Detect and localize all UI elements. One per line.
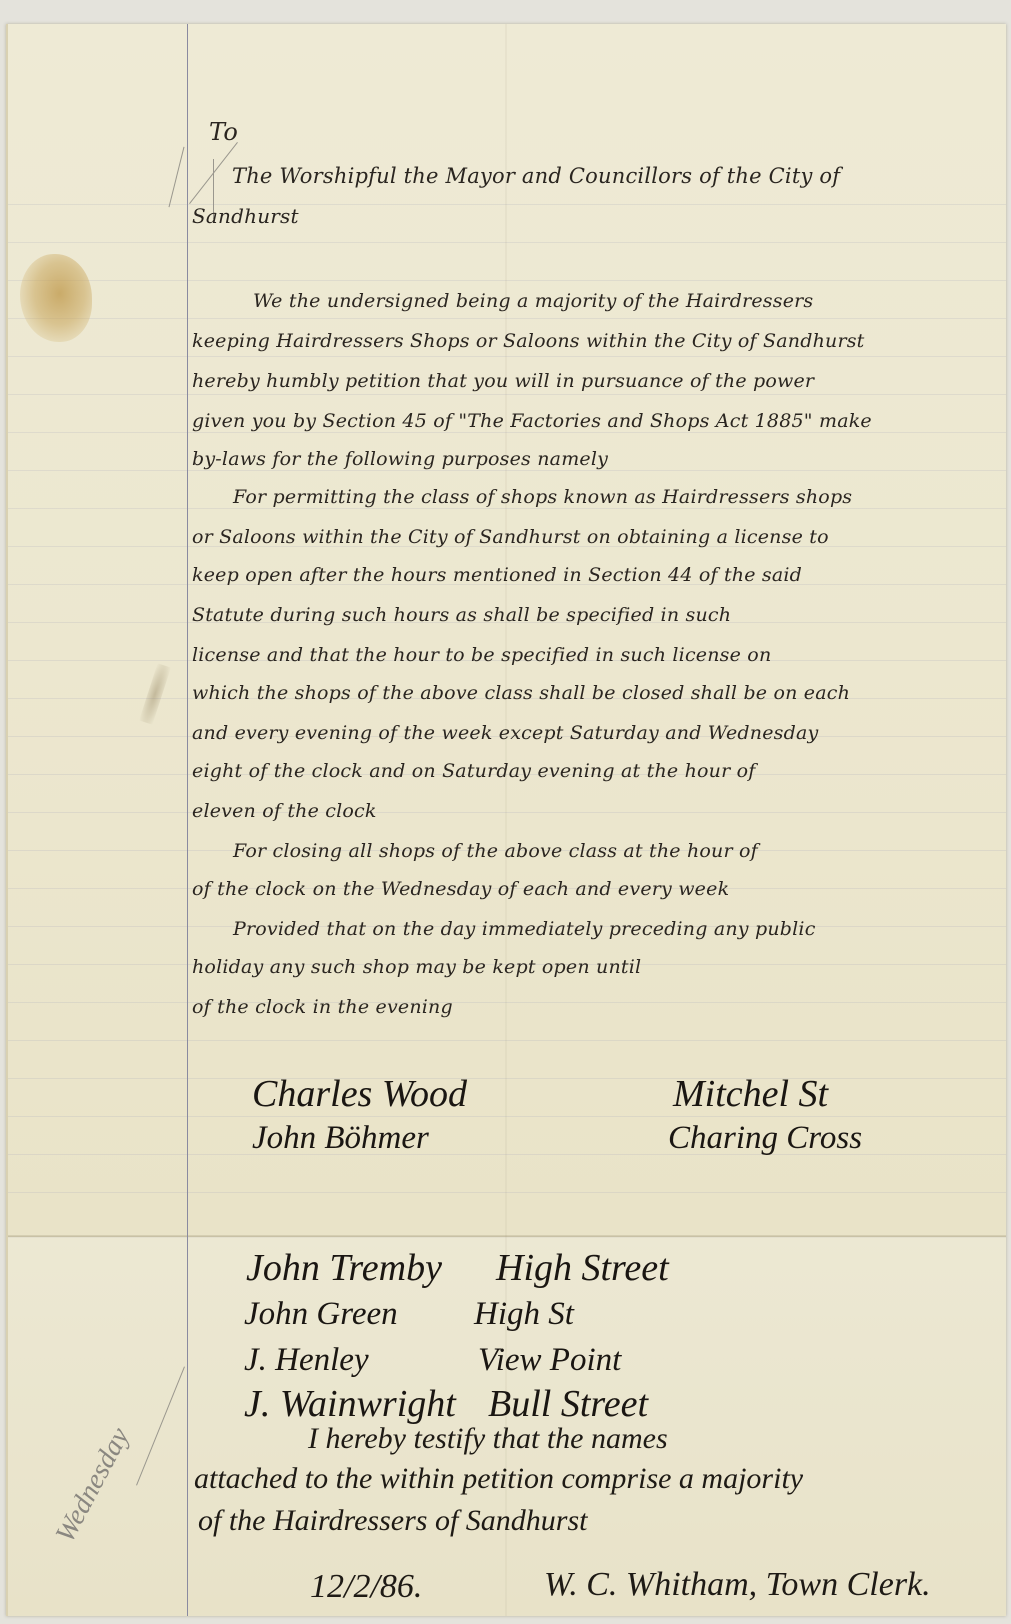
- ruled-line: [8, 1002, 1006, 1003]
- ruled-line: [8, 394, 1006, 395]
- addressee-line: Sandhurst: [192, 204, 299, 228]
- clerk-signature: W. C. Whitham, Town Clerk.: [544, 1566, 931, 1604]
- body-line: For permitting the class of shops known …: [233, 486, 852, 508]
- ruled-line: [8, 812, 1006, 813]
- body-line: holiday any such shop may be kept open u…: [192, 956, 641, 978]
- signature-address: High Street: [496, 1246, 669, 1290]
- ruled-line: [8, 356, 1006, 357]
- body-line: by-laws for the following purposes namel…: [192, 448, 608, 470]
- ruled-line: [8, 470, 1006, 471]
- body-line: Statute during such hours as shall be sp…: [192, 604, 731, 626]
- body-line: keeping Hairdressers Shops or Saloons wi…: [192, 330, 865, 352]
- ink-smudge: [139, 663, 171, 724]
- water-stain: [20, 254, 92, 342]
- signature-name: John Tremby: [246, 1246, 442, 1290]
- signature-address: Mitchel St: [673, 1072, 828, 1116]
- ruled-line: [8, 432, 1006, 433]
- signature-name: J. Wainwright: [244, 1382, 456, 1426]
- certification-date: 12/2/86.: [310, 1568, 422, 1606]
- ruled-line: [8, 242, 1006, 243]
- body-line: given you by Section 45 of "The Factorie…: [192, 410, 872, 432]
- body-line: which the shops of the above class shall…: [192, 682, 850, 704]
- signature-name: John Böhmer: [252, 1120, 429, 1157]
- certification-line: attached to the within petition comprise…: [194, 1462, 803, 1496]
- salutation: To: [209, 118, 238, 146]
- body-line: or Saloons within the City of Sandhurst …: [192, 526, 829, 548]
- document-page: To The Worshipful the Mayor and Councill…: [6, 24, 1006, 1616]
- body-line: license and that the hour to be specifie…: [192, 644, 771, 666]
- signature-address: View Point: [478, 1342, 621, 1379]
- signature-address: Bull Street: [488, 1382, 648, 1426]
- ruled-line: [8, 1116, 1006, 1117]
- body-line: Provided that on the day immediately pre…: [233, 918, 816, 940]
- body-line: and every evening of the week except Sat…: [192, 722, 818, 744]
- certification-line: of the Hairdressers of Sandhurst: [198, 1504, 587, 1538]
- ruled-line: [8, 1040, 1006, 1041]
- body-line: eleven of the clock: [192, 800, 377, 822]
- signature-address: High St: [474, 1296, 574, 1333]
- ruled-line: [8, 508, 1006, 509]
- addressee-line: The Worshipful the Mayor and Councillors…: [232, 164, 840, 188]
- body-line: hereby humbly petition that you will in …: [192, 370, 814, 392]
- body-line: For closing all shops of the above class…: [233, 840, 758, 862]
- signature-address: Charing Cross: [668, 1120, 862, 1157]
- signature-name: John Green: [244, 1296, 398, 1333]
- body-line: We the undersigned being a majority of t…: [253, 290, 813, 312]
- signature-name: J. Henley: [244, 1342, 369, 1379]
- ruled-line: [8, 1078, 1006, 1079]
- pencil-tick-mark: [169, 147, 185, 207]
- body-line: of the clock on the Wednesday of each an…: [192, 878, 729, 900]
- ruled-line: [8, 1192, 1006, 1193]
- certification-line: I hereby testify that the names: [308, 1422, 668, 1456]
- ruled-line: [8, 280, 1006, 281]
- fold-crease: [8, 1235, 1006, 1238]
- body-line: keep open after the hours mentioned in S…: [192, 564, 802, 586]
- body-line: eight of the clock and on Saturday eveni…: [192, 760, 756, 782]
- body-line: of the clock in the evening: [192, 996, 453, 1018]
- ruled-line: [8, 318, 1006, 319]
- ruled-line: [8, 204, 1006, 205]
- margin-line: [187, 24, 188, 1616]
- signature-name: Charles Wood: [252, 1072, 467, 1116]
